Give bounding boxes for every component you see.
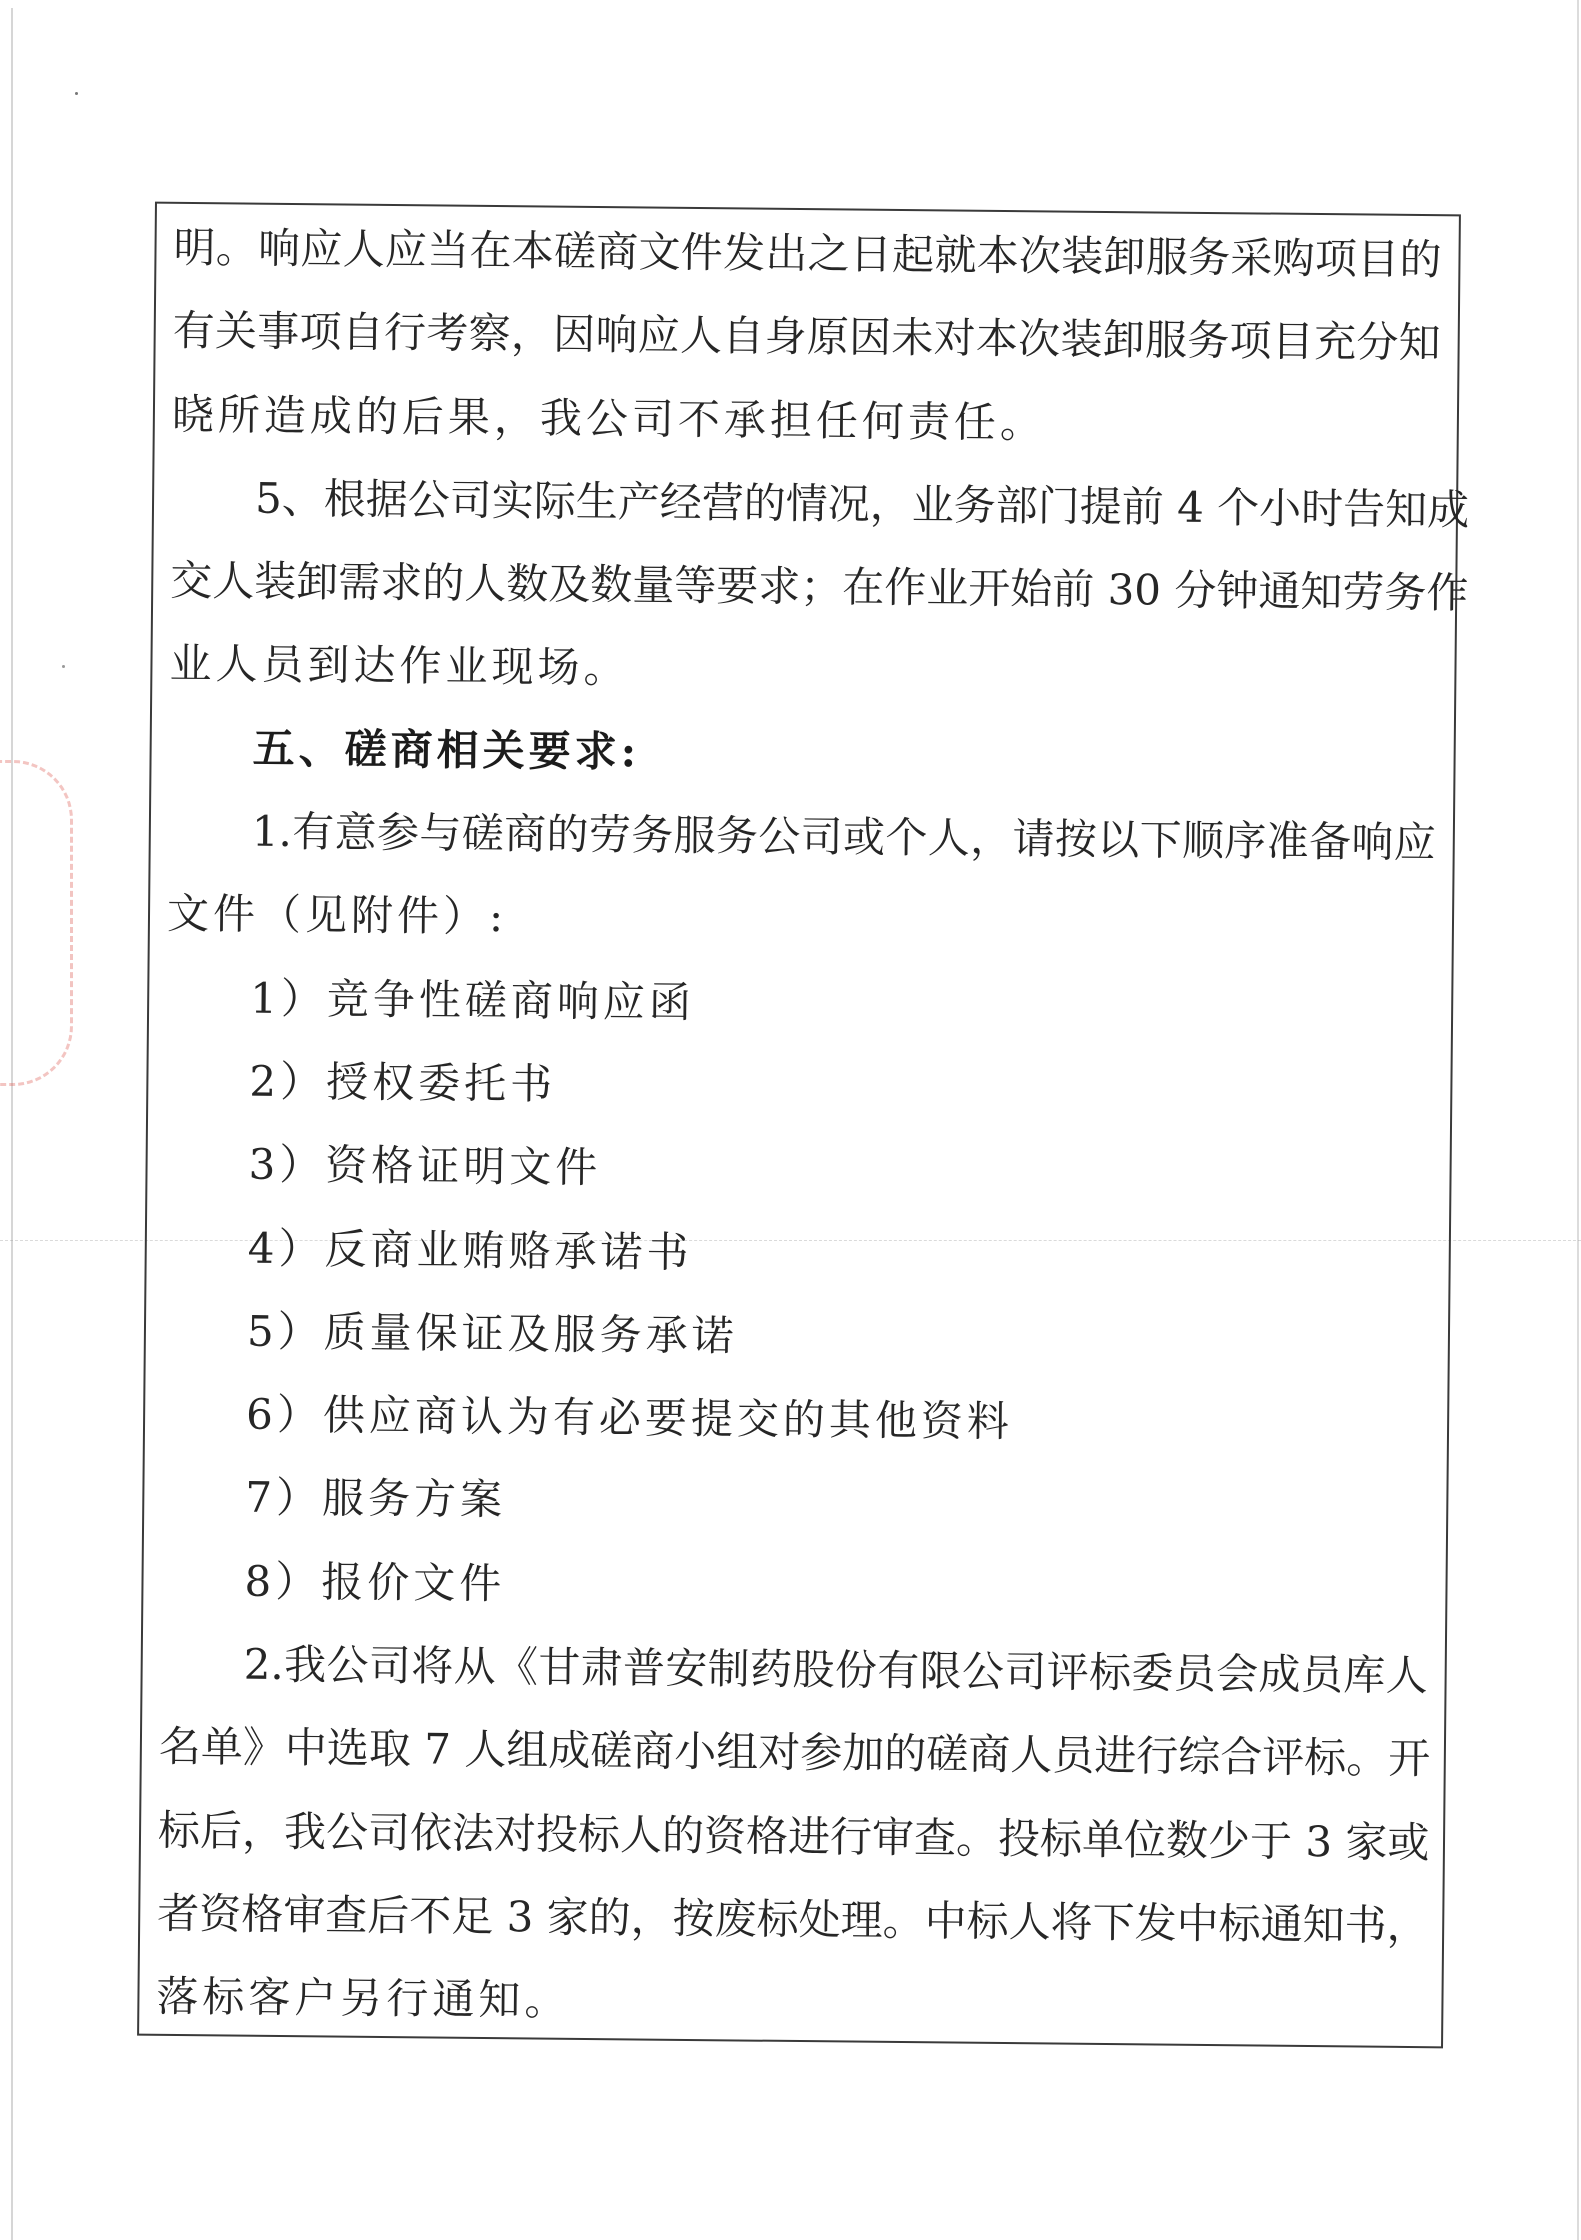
- doc-line-2: 有关事项自行考察，因响应人自身原因未对本次装卸服务项目充分知: [172, 289, 1441, 385]
- seal-bleed-through: [0, 760, 73, 1086]
- scan-edge-left: [11, 8, 13, 2240]
- doc-line-21: 者资格审查后不足 3 家的，按废标处理。中标人将下发中标通知书，: [157, 1872, 1426, 1968]
- list-item-6: 6）供应商认为有必要提交的其他资料: [162, 1372, 1431, 1468]
- doc-line-8: 1.有意参与磋商的劳务服务公司或个人，请按以下顺序准备响应: [167, 789, 1436, 885]
- list-item-8: 8）报价文件: [160, 1539, 1429, 1635]
- doc-line-20: 标后，我公司依法对投标人的资格进行审查。投标单位数少于 3 家或: [158, 1788, 1427, 1884]
- doc-line-6: 业人员到达作业现场。: [169, 622, 1438, 718]
- list-item-5: 5）质量保证及服务承诺: [163, 1289, 1432, 1385]
- list-item-7: 7）服务方案: [161, 1455, 1430, 1551]
- doc-line-22: 落标客户另行通知。: [156, 1955, 1425, 2051]
- list-item-3: 3）资格证明文件: [164, 1122, 1433, 1218]
- doc-line-4: 5、根据公司实际生产经营的情况，业务部门提前 4 个小时告知成: [171, 456, 1440, 552]
- document-frame: 明。响应人应当在本磋商文件发出之日起就本次装卸服务采购项目的 有关事项自行考察，…: [137, 202, 1461, 2049]
- scan-speck: [62, 665, 65, 668]
- doc-line-5: 交人装卸需求的人数及数量等要求；在作业开始前 30 分钟通知劳务作: [170, 539, 1439, 635]
- section-heading: 五、磋商相关要求:: [168, 706, 1437, 802]
- scan-speck: [75, 92, 78, 95]
- doc-line-1: 明。响应人应当在本磋商文件发出之日起就本次装卸服务采购项目的: [173, 206, 1442, 302]
- scan-edge-right: [1577, 0, 1579, 2240]
- doc-line-3: 晓所造成的后果，我公司不承担任何责任。: [172, 372, 1441, 468]
- list-item-2: 2）授权委托书: [165, 1039, 1434, 1135]
- list-item-1: 1）竞争性磋商响应函: [166, 955, 1435, 1051]
- list-item-4: 4）反商业贿赂承诺书: [163, 1205, 1432, 1301]
- doc-line-18: 2.我公司将从《甘肃普安制药股份有限公司评标委员会成员库人: [159, 1622, 1428, 1718]
- doc-line-9: 文件（见附件）:: [167, 872, 1436, 968]
- doc-line-19: 名单》中选取 7 人组成磋商小组对参加的磋商人员进行综合评标。开: [158, 1705, 1427, 1801]
